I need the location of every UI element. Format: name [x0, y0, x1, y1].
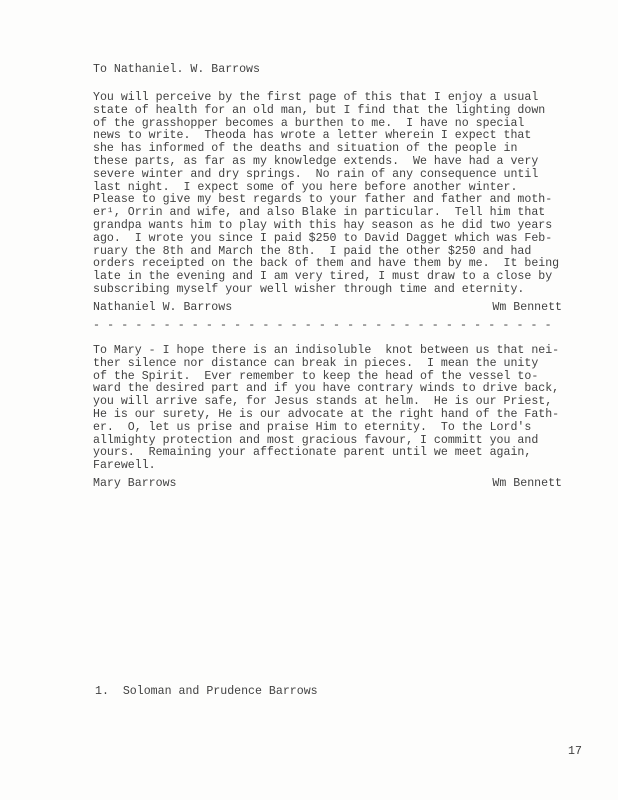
- letter1-signature-row: Nathaniel W. Barrows Wm Bennett: [93, 302, 562, 315]
- letter-line: subscribing myself your well wisher thro…: [93, 284, 559, 297]
- letter-line: To Mary - I hope there is an indisoluble…: [93, 345, 559, 358]
- letter-line: these parts, as far as my knowledge exte…: [93, 156, 559, 169]
- footnote: 1. Soloman and Prudence Barrows: [95, 686, 318, 699]
- letter-line: grandpa wants him to play with this hay …: [93, 220, 559, 233]
- letter1-author-name: Wm Bennett: [492, 302, 562, 315]
- letter-line: He is our surety, He is our advocate at …: [93, 409, 559, 422]
- letter-line: severe winter and dry springs. No rain o…: [93, 169, 559, 182]
- letter-line: yours. Remaining your affectionate paren…: [93, 447, 559, 460]
- letter-line: ther silence nor distance can break in p…: [93, 358, 559, 371]
- letter2-author-name: Wm Bennett: [492, 478, 562, 491]
- letter-line: state of health for an old man, but I fi…: [93, 105, 559, 118]
- letter2-addressee-name: Mary Barrows: [93, 478, 177, 491]
- document-page: To Nathaniel. W. Barrows You will percei…: [0, 0, 618, 800]
- letter-line: Farewell.: [93, 460, 559, 473]
- letter1-addressee-name: Nathaniel W. Barrows: [93, 302, 232, 315]
- letter-line: er. O, let us prise and praise Him to et…: [93, 422, 559, 435]
- letter2-body: To Mary - I hope there is an indisoluble…: [93, 345, 559, 473]
- letter2-signature-row: Mary Barrows Wm Bennett: [93, 478, 562, 491]
- letter1-salutation: To Nathaniel. W. Barrows: [93, 64, 260, 77]
- dashed-divider: - - - - - - - - - - - - - - - - - - - - …: [93, 320, 552, 333]
- letter-line: You will perceive by the first page of t…: [93, 92, 559, 105]
- letter-line: ago. I wrote you since I paid $250 to Da…: [93, 233, 559, 246]
- letter1-body: You will perceive by the first page of t…: [93, 92, 559, 297]
- page-number: 17: [568, 746, 582, 759]
